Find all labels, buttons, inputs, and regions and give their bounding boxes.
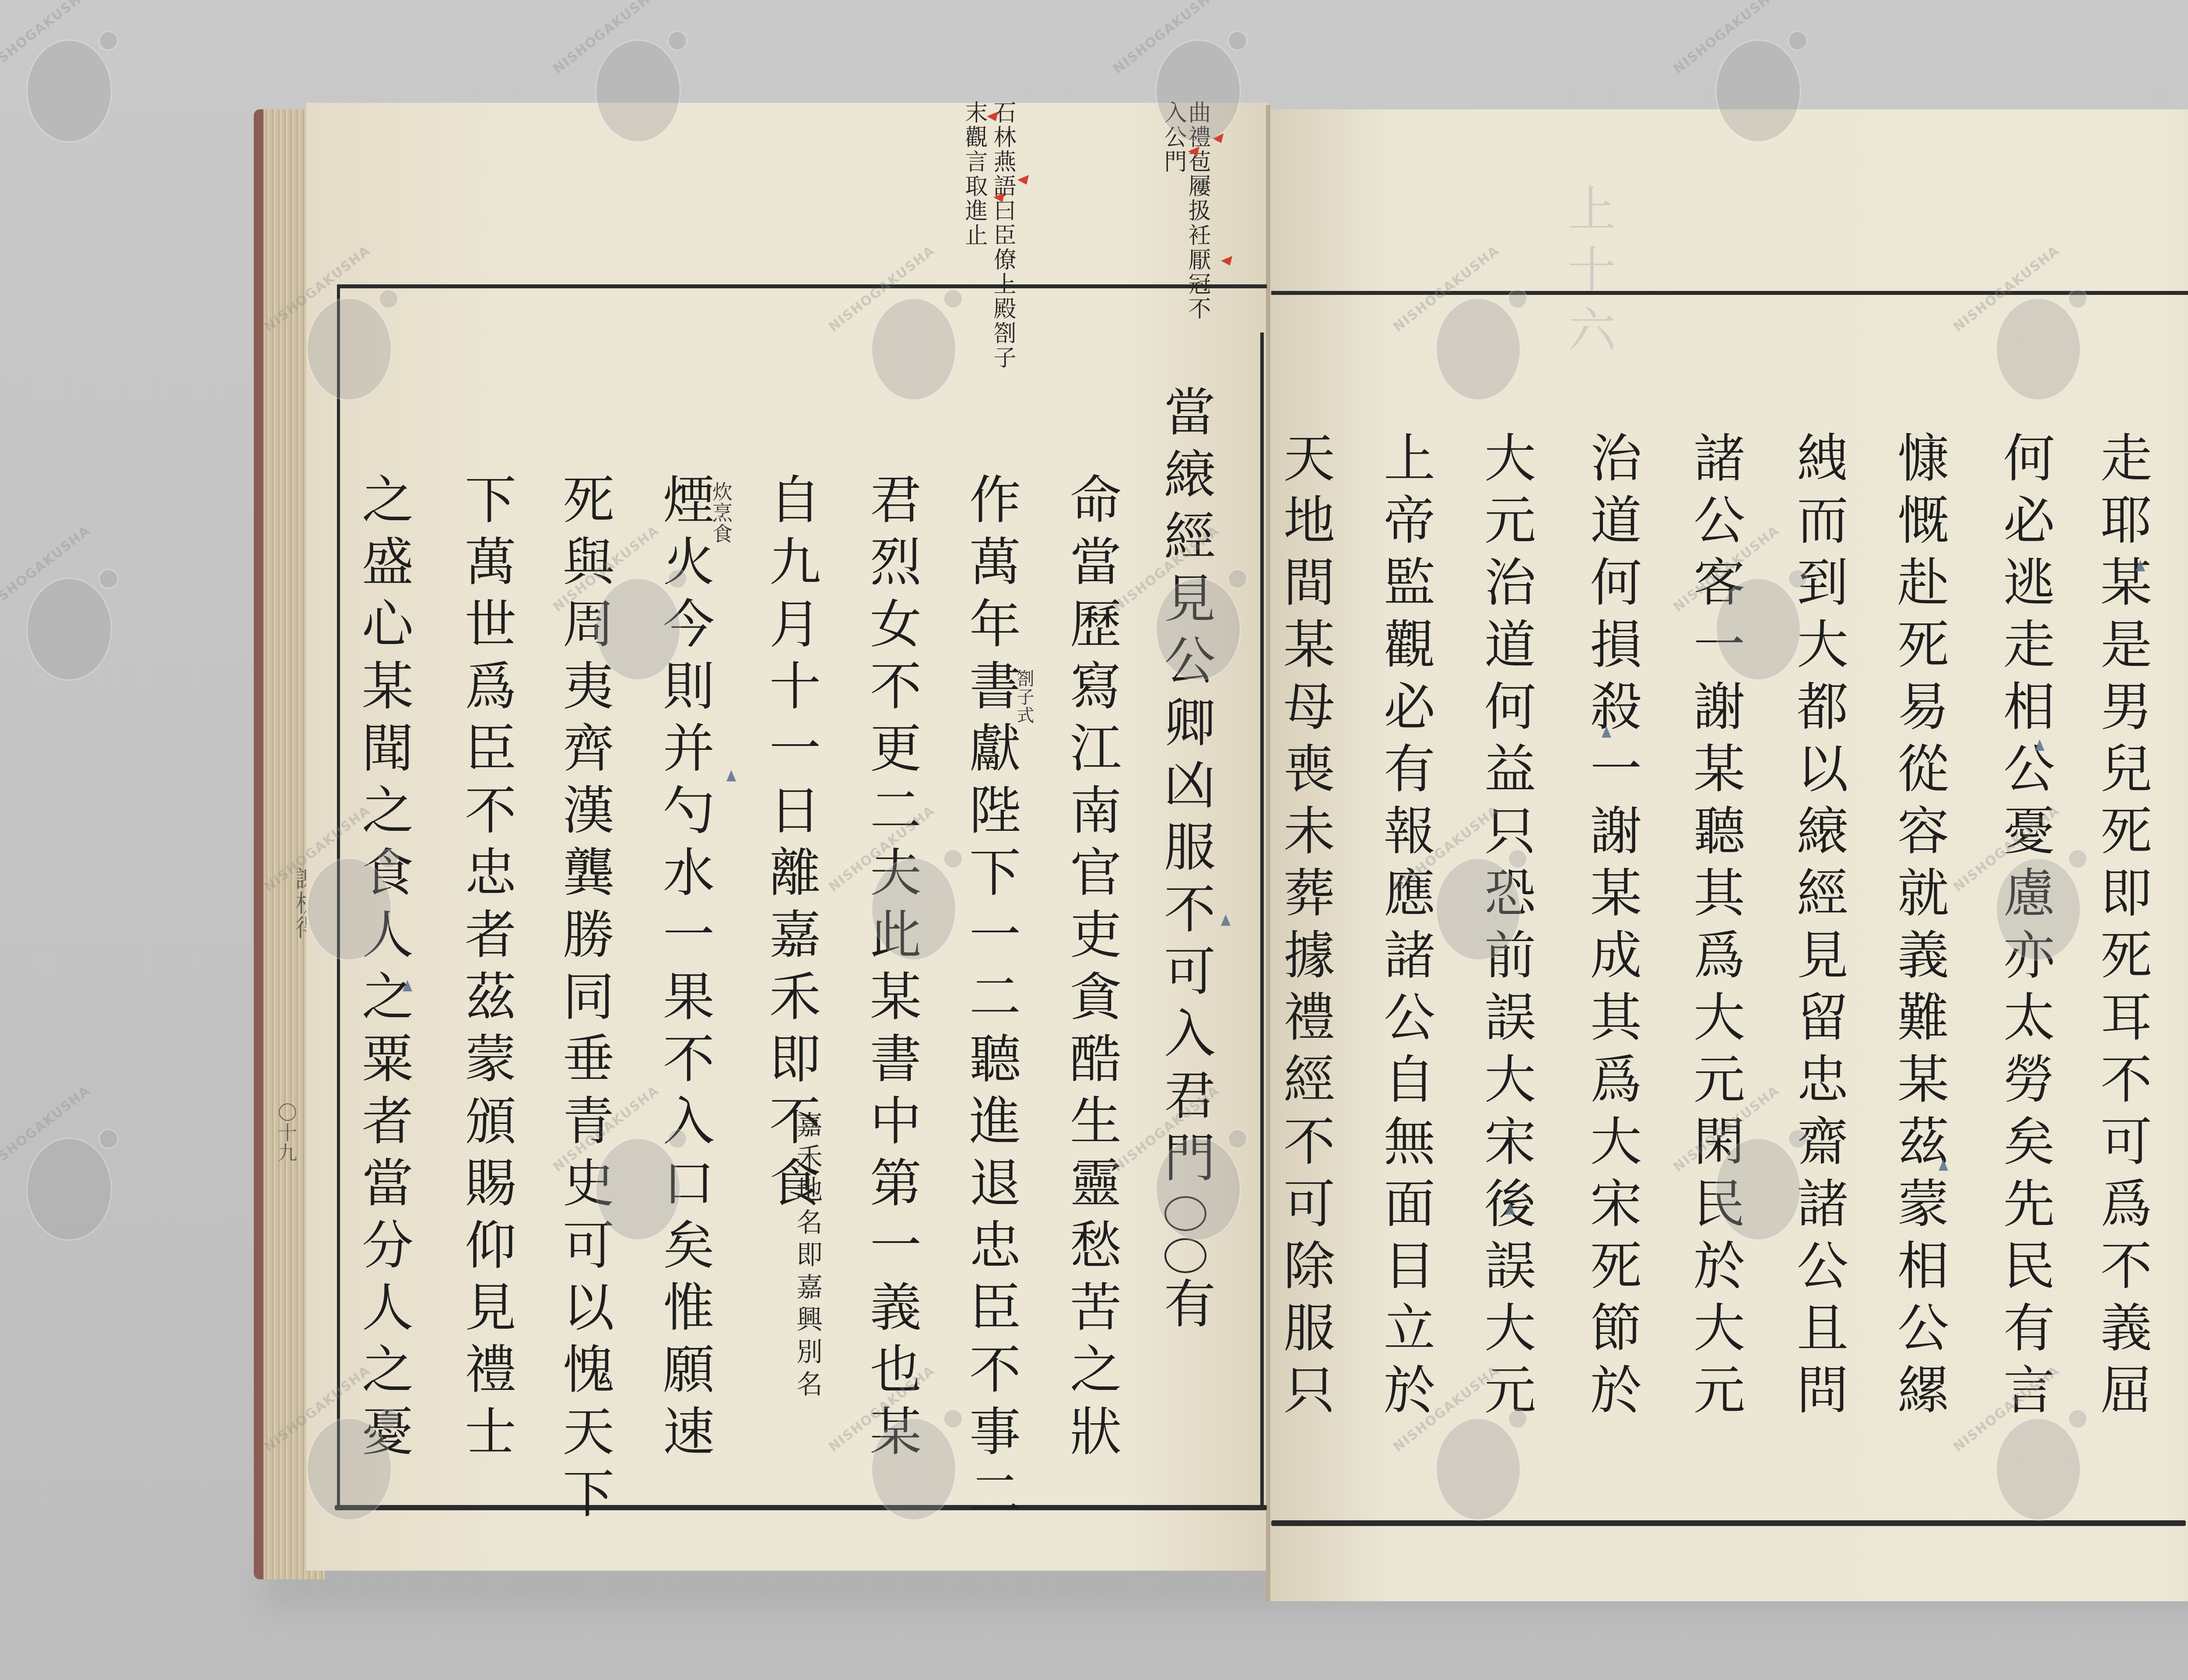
right-col-6: 治道何損殺一謝某成其爲大宋死節於 xyxy=(1586,431,1637,1425)
watermark-logo: NISHOGAKUSHA xyxy=(1698,1111,1820,1242)
watermark-logo: NISHOGAKUSHA xyxy=(9,13,131,144)
interlinear-note-3: 嘉禾地名即嘉興別名 xyxy=(794,1111,820,1356)
watermark-logo: NISHOGAKUSHA xyxy=(853,271,976,402)
watermark-logo: NISHOGAKUSHA xyxy=(1698,13,1820,144)
watermark-logo: NISHOGAKUSHA xyxy=(1138,1111,1260,1242)
watermark-logo: NISHOGAKUSHA xyxy=(1418,831,1540,962)
right-col-3: 慷慨赴死易從容就義難某茲蒙相公縲 xyxy=(1893,431,1945,1425)
left-col-5: 自九月十一日離嘉禾即不食 xyxy=(765,472,817,1218)
left-col-2: 命當歷寫江南官吏貪酷生靈愁苦之狀 xyxy=(1066,472,1117,1466)
left-top-rule xyxy=(337,284,1267,288)
watermark-logo: NISHOGAKUSHA xyxy=(289,1391,411,1522)
headnote-2: 末觀言取進止 xyxy=(963,101,985,248)
left-col-4: 君烈女不更二夫此某書中第一義也某 xyxy=(866,472,917,1466)
left-col-3: 作萬年書獻陛下一二聽進退忠臣不事二 xyxy=(965,472,1017,1529)
right-col-1: 走耶某是男兒死即死耳不可爲不義屈 xyxy=(2096,431,2148,1425)
watermark-logo: NISHOGAKUSHA xyxy=(578,551,700,682)
headnote-1: 石林燕語曰臣僚上殿劄子 xyxy=(991,101,1014,370)
watermark-logo: NISHOGAKUSHA xyxy=(853,1391,976,1522)
watermark-logo: NISHOGAKUSHA xyxy=(1418,271,1540,402)
watermark-logo: NISHOGAKUSHA xyxy=(578,1111,700,1242)
interlinear-note-1: 劄子式 xyxy=(1015,669,1033,724)
watermark-logo: NISHOGAKUSHA xyxy=(1418,1391,1540,1522)
watermark-logo: NISHOGAKUSHA xyxy=(1978,1391,2100,1522)
watermark-logo: NISHOGAKUSHA xyxy=(9,1111,131,1242)
watermark-logo: NISHOGAKUSHA xyxy=(1138,13,1260,144)
left-col-9: 之盛心某聞之食人之粟者當分人之憂 xyxy=(358,472,409,1466)
interlinear-note-2: 炊烹食 xyxy=(711,481,731,544)
watermark-logo: NISHOGAKUSHA xyxy=(1698,551,1820,682)
right-col-9: 天地間某母喪未葬據禮經不可除服只 xyxy=(1279,431,1331,1425)
book-gutter xyxy=(1266,105,1270,1601)
bleed-through-text: 上十六 xyxy=(1553,184,1623,365)
left-col-8: 下萬世爲臣不忠者茲蒙頒賜仰見禮士 xyxy=(460,472,512,1466)
watermark-logo: NISHOGAKUSHA xyxy=(9,551,131,682)
watermark-logo: NISHOGAKUSHA xyxy=(578,13,700,144)
watermark-logo: NISHOGAKUSHA xyxy=(289,271,411,402)
watermark-logo: NISHOGAKUSHA xyxy=(1138,551,1260,682)
blank-circle-mark xyxy=(1164,1238,1206,1273)
watermark-logo: NISHOGAKUSHA xyxy=(853,831,976,962)
left-bottom-rule xyxy=(335,1505,1267,1510)
watermark-logo: NISHOGAKUSHA xyxy=(1978,831,2100,962)
watermark-logo: NISHOGAKUSHA xyxy=(289,831,411,962)
left-inner-rule xyxy=(1260,332,1264,1509)
watermark-logo: NISHOGAKUSHA xyxy=(1978,271,2100,402)
left-fore-edge-page: 〇十九 xyxy=(271,1102,299,1163)
